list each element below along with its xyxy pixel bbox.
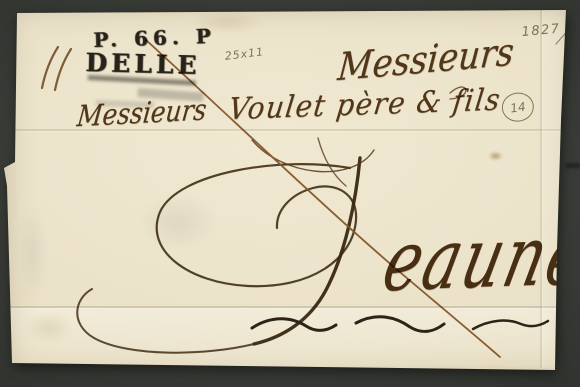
paraph-wave bbox=[252, 319, 336, 331]
paraph-wave bbox=[356, 317, 444, 332]
right-flap bbox=[542, 10, 564, 368]
pencil-size-annotation: 25x11 bbox=[224, 45, 265, 63]
vertical-fold-crease bbox=[540, 10, 542, 368]
letter-paper: P. 66. P DELLE 25x11 1827 14 Messieurs M… bbox=[0, 0, 580, 387]
ink-tally-stroke bbox=[55, 49, 71, 90]
flourish-b-outer-loop bbox=[157, 164, 356, 286]
address-descender-stroke bbox=[318, 138, 346, 186]
manuscript-salutation: Messieurs bbox=[336, 30, 516, 91]
ink-stain bbox=[488, 151, 503, 161]
aging-stain bbox=[26, 312, 72, 342]
manuscript-recipient: Voulet père & fils bbox=[227, 82, 503, 127]
ink-tally-stroke bbox=[42, 47, 58, 88]
show-through-smudge bbox=[18, 205, 48, 300]
pencil-year-annotation: 1827 bbox=[521, 22, 561, 40]
manuscript-address-prefix: Messieurs bbox=[75, 92, 208, 133]
pencil-circled-number: 14 bbox=[500, 91, 536, 124]
flourish-b-tail-loop bbox=[77, 289, 254, 353]
address-underline-flourish bbox=[252, 140, 374, 172]
flourish-b-stem bbox=[254, 158, 360, 344]
letter-photo-background: P. 66. P DELLE 25x11 1827 14 Messieurs M… bbox=[0, 0, 580, 387]
circled-number-value: 14 bbox=[509, 99, 526, 115]
ink-tally-mark bbox=[42, 47, 71, 90]
show-through-smudge bbox=[138, 194, 218, 250]
bottom-flap bbox=[0, 308, 580, 366]
manuscript-destination: eaune bbox=[375, 207, 580, 311]
paraph-wave bbox=[473, 321, 548, 329]
